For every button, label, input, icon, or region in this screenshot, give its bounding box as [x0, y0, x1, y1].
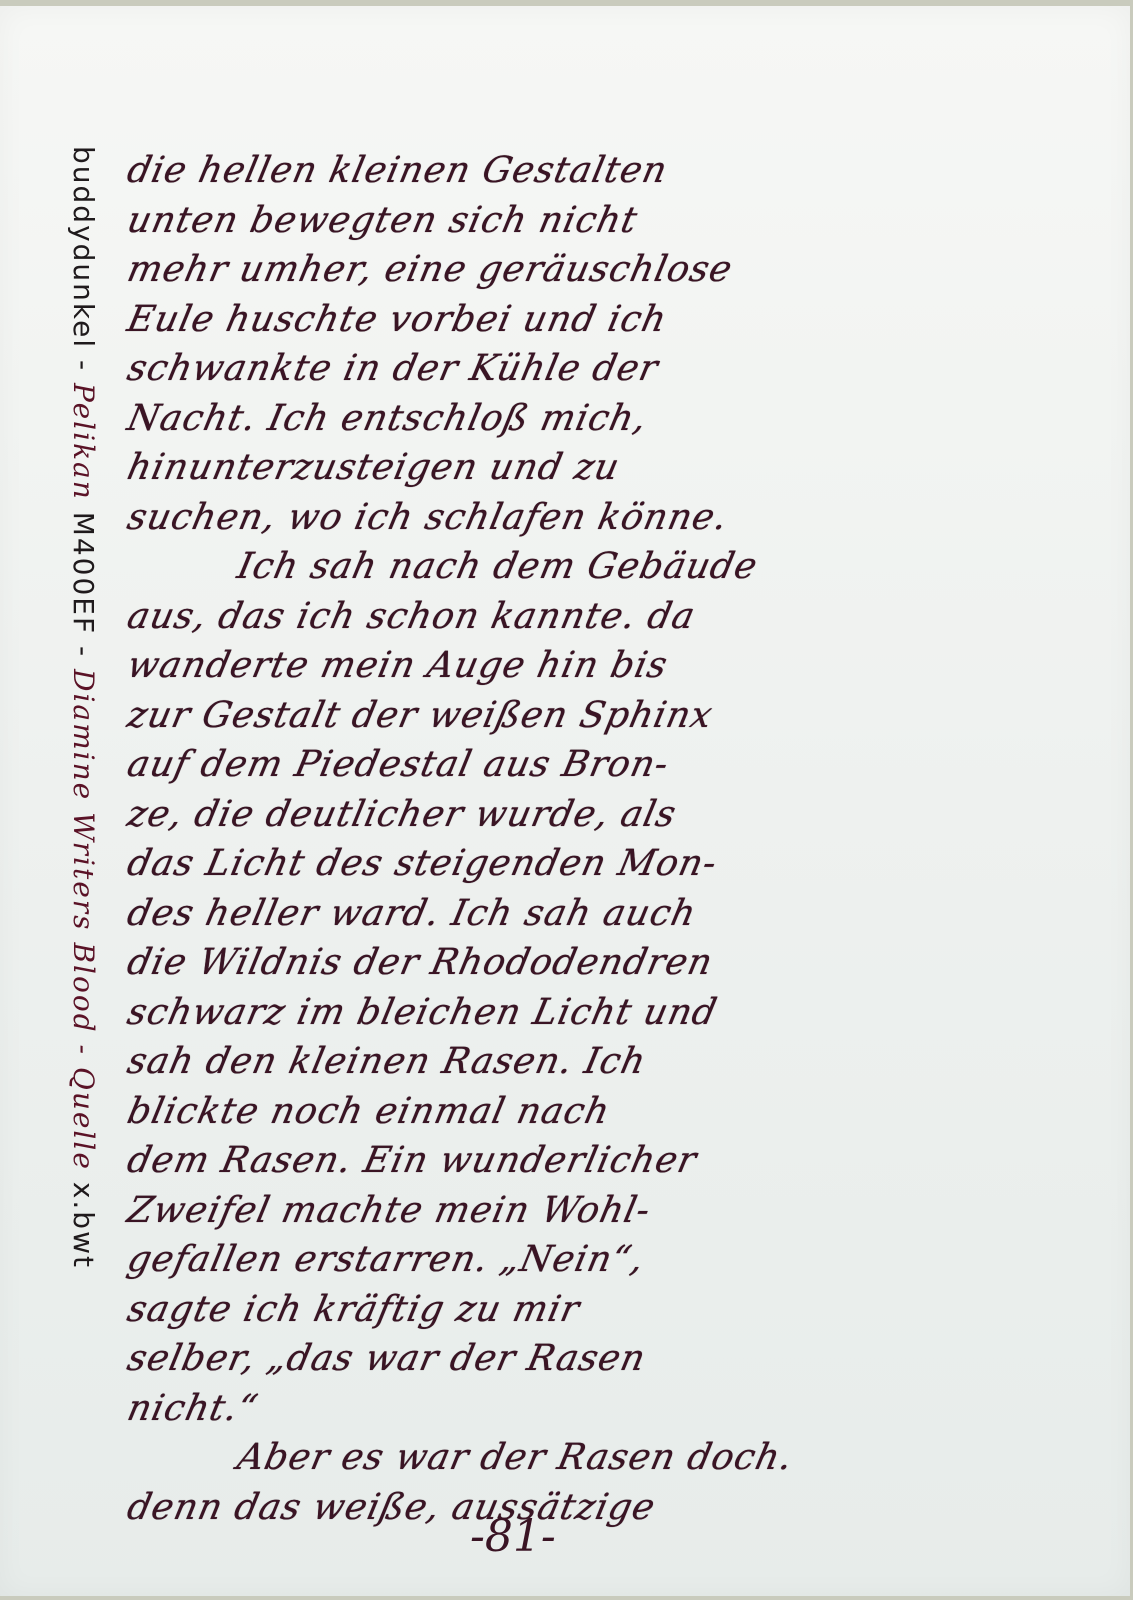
text-line: selber, „das war der Rasen — [123, 1334, 1024, 1384]
text-line: gefallen erstarren. „Nein“, — [123, 1235, 1024, 1285]
page-number: -81- — [470, 1511, 556, 1562]
margin-note-ink: Diamine Writers Blood - Quelle — [67, 669, 100, 1171]
margin-note-pen-ink-info: buddydunkel - Pelikan M400EF - Diamine W… — [67, 146, 100, 1526]
text-line: des heller ward. Ich sah auch — [123, 889, 1024, 939]
text-line-paragraph-start: Ich sah nach dem Gebäude — [123, 542, 1024, 592]
text-line: unten bewegten sich nicht — [123, 196, 1024, 246]
text-line: Nacht. Ich entschloß mich, — [123, 394, 1024, 444]
text-line: denn das weiße, aussätzige — [123, 1483, 1024, 1533]
text-line: nicht.“ — [123, 1384, 1024, 1434]
text-line: wanderte mein Auge hin bis — [123, 641, 1024, 691]
text-line: die hellen kleinen Gestalten — [123, 146, 1024, 196]
margin-note-author: buddydunkel - — [67, 146, 100, 383]
text-line: sagte ich kräftig zu mir — [123, 1285, 1024, 1335]
paper-sheet: buddydunkel - Pelikan M400EF - Diamine W… — [0, 6, 1130, 1596]
text-line: sah den kleinen Rasen. Ich — [123, 1037, 1024, 1087]
margin-note-source: x.bwt — [67, 1171, 100, 1269]
text-line: auf dem Piedestal aus Bron- — [123, 740, 1024, 790]
text-line: hinunterzusteigen und zu — [123, 443, 1024, 493]
text-line: aus, das ich schon kannte. da — [123, 592, 1024, 642]
text-line: Eule huschte vorbei und ich — [123, 295, 1024, 345]
text-line: mehr umher, eine geräuschlose — [123, 245, 1024, 295]
handwritten-text-block: die hellen kleinen Gestalten unten beweg… — [128, 146, 1018, 1532]
margin-note-pen: Pelikan — [67, 383, 100, 501]
margin-note-nib: M400EF - — [67, 501, 100, 669]
text-line: schwankte in der Kühle der — [123, 344, 1024, 394]
text-line: das Licht des steigenden Mon- — [123, 839, 1024, 889]
text-line-paragraph-start: Aber es war der Rasen doch. — [123, 1433, 1024, 1483]
text-line: Zweifel machte mein Wohl- — [123, 1186, 1024, 1236]
text-line: blickte noch einmal nach — [123, 1087, 1024, 1137]
text-line: suchen, wo ich schlafen könne. — [123, 493, 1024, 543]
text-line: ze, die deutlicher wurde, als — [123, 790, 1024, 840]
text-line: schwarz im bleichen Licht und — [123, 988, 1024, 1038]
text-line: dem Rasen. Ein wunderlicher — [123, 1136, 1024, 1186]
text-line: die Wildnis der Rhododendren — [123, 938, 1024, 988]
text-line: zur Gestalt der weißen Sphinx — [123, 691, 1024, 741]
